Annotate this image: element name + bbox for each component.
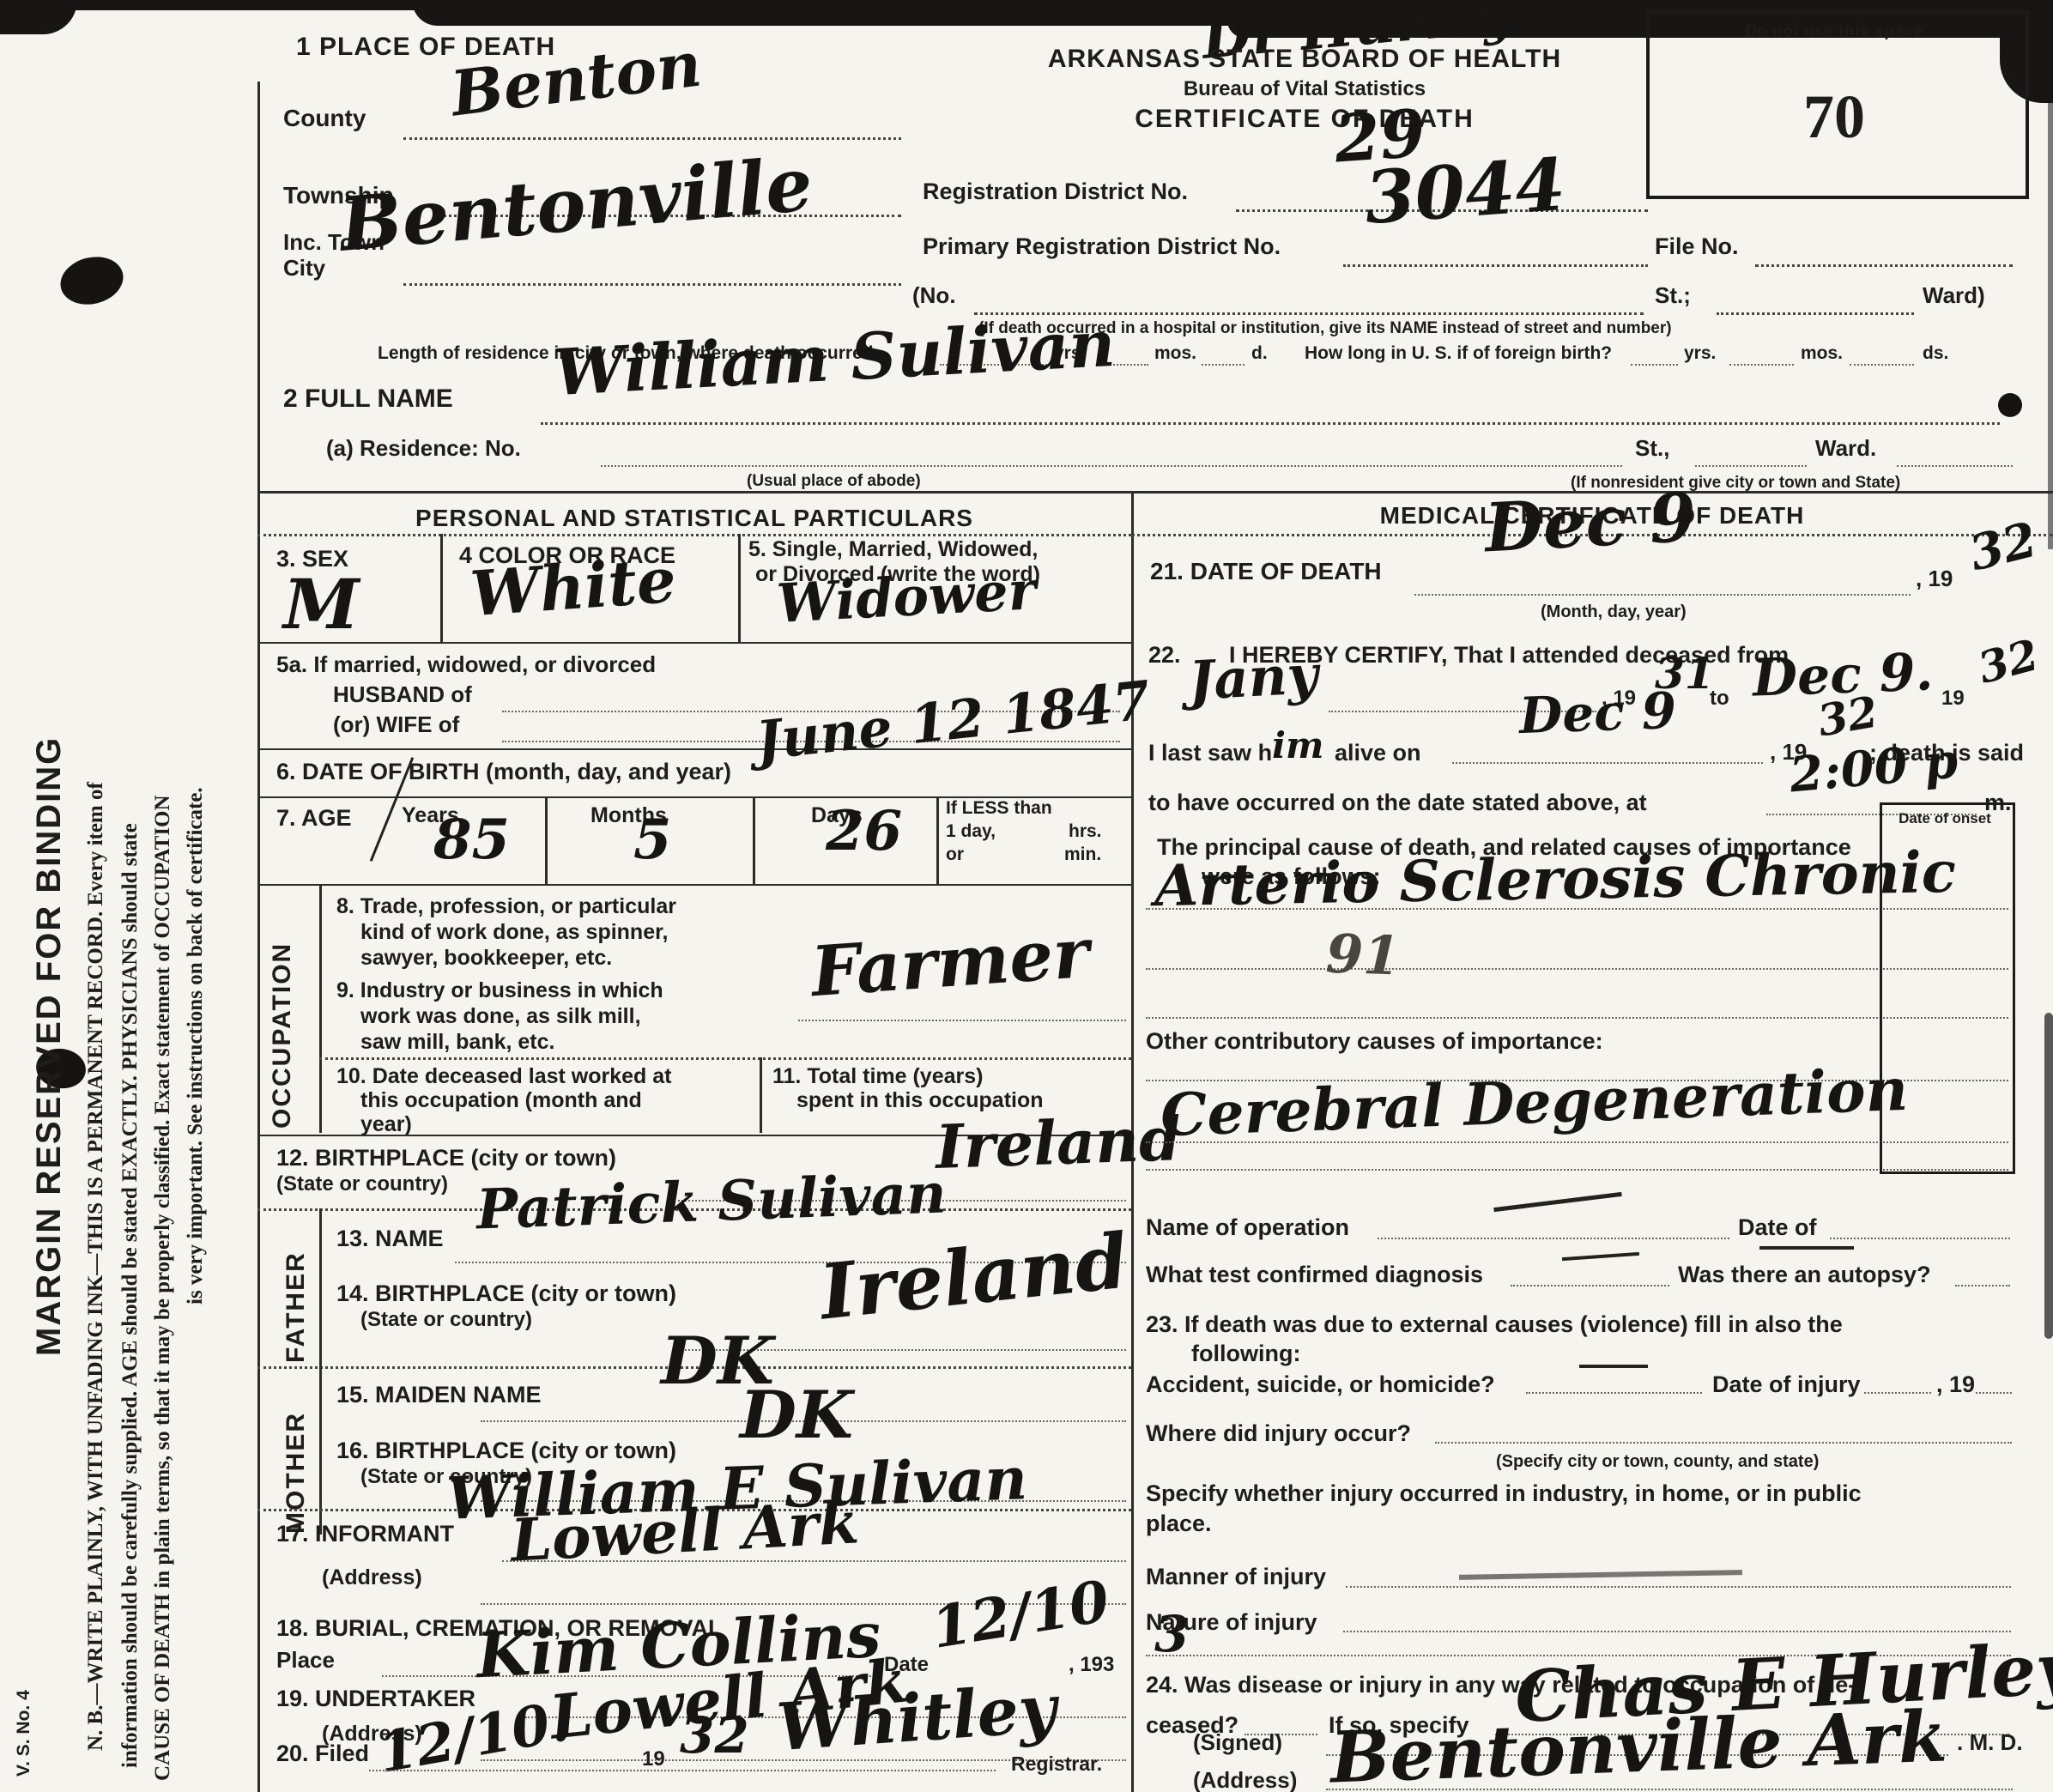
cause-code: 91: [1325, 930, 1401, 981]
residence-a-label: (a) Residence: No.: [326, 436, 521, 462]
primary-district-value: 3044: [1363, 152, 1568, 231]
alive-on-label: alive on: [1335, 740, 1421, 766]
blank-line: [601, 465, 1622, 467]
attended-from-value: Jany: [1188, 651, 1319, 705]
age-months-value: 5: [633, 815, 672, 865]
ink-blob: [1998, 393, 2022, 417]
stray-scribble: [1459, 1570, 1742, 1580]
blank-line: [1202, 364, 1245, 366]
ds-label-2: ds.: [1923, 343, 1948, 364]
form-left-border: [257, 82, 260, 1792]
or-label: or: [946, 845, 964, 865]
blank-line: [369, 1770, 996, 1771]
principal-cause-value: Arterio Sclerosis Chronic: [1154, 847, 1957, 912]
blank-line: [1326, 1789, 2013, 1790]
bureau-subtitle: Bureau of Vital Statistics: [970, 77, 1639, 101]
to-year-value: 32: [1974, 635, 2042, 687]
date-of-label: Date of: [1738, 1214, 1817, 1241]
blank-line: [1850, 364, 1914, 366]
board-title: ARKANSAS STATE BOARD OF HEALTH: [970, 45, 1639, 75]
item19-label: 19. UNDERTAKER: [276, 1686, 475, 1712]
wife-of-label: (or) WIFE of: [333, 712, 459, 738]
primary-district-label: Primary Registration District No.: [923, 233, 1281, 260]
item18-place-label: Place: [276, 1648, 335, 1674]
yrs-label-2: yrs.: [1684, 343, 1716, 364]
margin-form-number: V. S. No. 4: [14, 1656, 34, 1777]
occurred-line: to have occurred on the date stated abov…: [1148, 790, 1647, 816]
blank-line: [1729, 364, 1794, 366]
full-name-value: William Sulivan: [553, 316, 1117, 403]
if-less-line2: 1 day,: [946, 821, 996, 842]
item9-line2: work was done, as silk mill,: [360, 1004, 641, 1029]
age-label: 7. AGE: [276, 805, 352, 832]
contributory-label: Other contributory causes of importance:: [1146, 1028, 1603, 1055]
father-side-label: FATHER: [282, 1217, 312, 1363]
scan-noise: [2044, 1013, 2053, 1339]
physician-address-value: Bentonville Ark: [1329, 1705, 1948, 1790]
item12-value: Ireland: [935, 1111, 1182, 1174]
last-saw-value: Dec 9: [1518, 688, 1677, 739]
registration-district-label: Registration District No.: [923, 179, 1188, 205]
blank-line: [1343, 264, 1648, 267]
blank-line: [1955, 1285, 2010, 1286]
last-saw-pre: I last saw h: [1148, 740, 1272, 766]
physician-address-label: (Address): [1193, 1768, 1297, 1792]
blank-line: [1343, 1631, 2011, 1632]
item18-date-value: 12/10: [929, 1576, 1113, 1654]
item8-line3: sawyer, bookkeeper, etc.: [360, 946, 612, 971]
row-divider: [257, 534, 1131, 536]
item21-year-value: 32: [1965, 518, 2041, 576]
where-injury-label: Where did injury occur?: [1146, 1420, 1411, 1447]
item14-sub: (State or country): [360, 1308, 532, 1332]
item21-year-printed: , 19: [1916, 566, 1953, 592]
st-label-2: St.,: [1635, 436, 1669, 462]
month-day-year-note: (Month, day, year): [1541, 602, 1687, 622]
row-divider: [257, 642, 1131, 644]
sex-value: M: [283, 573, 360, 635]
item22-number: 22.: [1148, 642, 1181, 669]
item11-line1: 11. Total time (years): [772, 1064, 983, 1089]
item8-line1: 8. Trade, profession, or particular: [336, 894, 676, 919]
item20-label: 20. Filed: [276, 1741, 369, 1767]
specify-city-note: (Specify city or town, county, and state…: [1496, 1452, 1819, 1472]
signed-label: (Signed): [1193, 1730, 1282, 1756]
him-handwritten: im: [1272, 730, 1323, 762]
blank-line: [1830, 1238, 2010, 1239]
mos-label-1: mos.: [1154, 343, 1196, 364]
abode-note: (Usual place of abode): [747, 472, 921, 491]
cell-divider: [738, 534, 741, 642]
blank-line: [1695, 465, 1807, 467]
item20-year-printed: 19: [642, 1747, 665, 1771]
margin-nb-line1: N. B.—WRITE PLAINLY, WITH UNFADING INK—T…: [84, 103, 109, 1751]
city-value: Bentonville: [337, 151, 815, 258]
stray-dash: [1493, 1192, 1621, 1212]
md-label: . M. D.: [1957, 1730, 2023, 1756]
item12-label: 12. BIRTHPLACE (city or town): [276, 1145, 616, 1171]
street-label: St.;: [1655, 283, 1691, 309]
dob-label: 6. DATE OF BIRTH (month, day, and year): [276, 759, 731, 785]
certificate-title: CERTIFICATE OF DEATH: [970, 105, 1639, 135]
blank-line: [1976, 1392, 2012, 1394]
how-long-us-label: How long in U. S. if of foreign birth?: [1305, 343, 1612, 364]
cell-divider: [760, 1057, 762, 1133]
age-days-value: 26: [826, 807, 902, 857]
death-certificate-scan: MARGIN RESERVED FOR BINDING N. B.—WRITE …: [0, 0, 2053, 1792]
item23-line1: 23. If death was due to external causes …: [1146, 1311, 1843, 1338]
item9-line3: saw mill, bank, etc.: [360, 1030, 554, 1055]
cell-divider: [319, 884, 322, 1133]
min-label: min.: [1064, 845, 1101, 865]
marital-label-1: 5. Single, Married, Widowed,: [748, 537, 1038, 562]
blank-line: [403, 283, 901, 286]
city-label: City: [283, 256, 325, 282]
accident-label: Accident, suicide, or homicide?: [1146, 1371, 1495, 1398]
row-divider: [257, 748, 1131, 750]
row-divider: [319, 1057, 1131, 1060]
item14-value: Ireland: [817, 1226, 1131, 1326]
occupation-side-label: OCCUPATION: [268, 893, 298, 1129]
item17-address-label: (Address): [322, 1565, 422, 1590]
to-year-printed: 19: [1941, 687, 1965, 711]
scan-noise: [412, 0, 1270, 26]
margin-nb-line2: information should be carefully supplied…: [118, 94, 143, 1768]
blank-line: [1897, 465, 2013, 467]
stray-dash: [1759, 1246, 1854, 1250]
blank-line: [1717, 312, 1914, 315]
test-label: What test confirmed diagnosis: [1146, 1262, 1483, 1288]
hrs-label: hrs.: [1069, 821, 1102, 842]
margin-nb-line3: CAUSE OF DEATH in plain terms, so that i…: [151, 90, 176, 1781]
ward-label-2: Ward.: [1815, 436, 1876, 462]
stray-dash: [1579, 1365, 1648, 1368]
blank-line: [1631, 364, 1678, 366]
item14-label: 14. BIRTHPLACE (city or town): [336, 1280, 676, 1307]
item17-address-value: Lowell Ark: [510, 1497, 861, 1567]
registrar-label: Registrar.: [1011, 1753, 1102, 1775]
cell-divider: [936, 796, 939, 884]
cell-divider: [319, 1208, 322, 1366]
do-not-use-label: Do not use this space: [1646, 22, 2022, 40]
street-no-label: (No.: [912, 283, 956, 309]
item13-value: Patrick Sulivan: [475, 1169, 947, 1235]
item21-value: Dec 9: [1483, 488, 1698, 560]
husband-of-label: HUSBAND of: [333, 682, 472, 708]
dob-value: June 12 1847: [754, 676, 1152, 766]
ward-label: Ward): [1923, 283, 1985, 309]
stray-dash: [1562, 1252, 1639, 1261]
blank-line: [1346, 1586, 2011, 1588]
cell-divider: [753, 796, 755, 884]
item15-label: 15. MAIDEN NAME: [336, 1382, 542, 1408]
blank-line: [1378, 1238, 1729, 1239]
mos-label-2: mos.: [1801, 343, 1843, 364]
blank-line: [1755, 264, 2013, 267]
cell-divider: [440, 534, 443, 642]
item8-line2: kind of work done, as spinner,: [360, 920, 668, 945]
item21-label: 21. DATE OF DEATH: [1150, 558, 1382, 585]
manner-label: Manner of injury: [1146, 1564, 1326, 1590]
nature-label: Nature of injury: [1146, 1609, 1317, 1636]
to-label: to: [1710, 687, 1729, 711]
item17-label: 17. INFORMANT: [276, 1521, 454, 1547]
scan-noise: [2048, 103, 2053, 549]
item23-line2: following:: [1191, 1341, 1300, 1367]
scan-noise: [0, 0, 77, 34]
row-divider: [257, 884, 1131, 886]
time-of-death-value: 2:00 p: [1788, 740, 1959, 797]
specify-line2: place.: [1146, 1510, 1212, 1537]
operation-label: Name of operation: [1146, 1214, 1349, 1241]
d-label-1: d.: [1251, 343, 1268, 364]
file-no-label: File No.: [1655, 233, 1739, 260]
blank-line: [541, 422, 2000, 425]
blank-line: [1864, 1392, 1931, 1394]
item5a-label: 5a. If married, widowed, or divorced: [276, 652, 656, 678]
blank-line: [1526, 1392, 1702, 1394]
blank-line: [798, 1020, 1126, 1021]
item10-line3: year): [360, 1112, 412, 1137]
item13-label: 13. NAME: [336, 1226, 444, 1252]
county-label: County: [283, 105, 366, 132]
item9-line1: 9. Industry or business in which: [336, 978, 663, 1003]
item18-year-printed: , 193: [1069, 1653, 1114, 1677]
autopsy-label: Was there an autopsy?: [1678, 1262, 1931, 1288]
blank-line: [1452, 762, 1763, 764]
marital-value: Widower: [776, 566, 1038, 628]
item12-sub: (State or country): [276, 1172, 448, 1196]
margin-binding-note: MARGIN RESERVED FOR BINDING: [29, 275, 69, 1356]
blank-line: [403, 137, 901, 140]
age-years-value: 85: [433, 815, 510, 865]
item20-year-value: 32: [680, 1713, 749, 1758]
margin-nb-line4: is very important. See instructions on b…: [184, 283, 209, 1305]
item10-line2: this occupation (month and: [360, 1088, 642, 1113]
race-value: White: [469, 553, 678, 622]
last-saw-year-value: 32: [1815, 692, 1880, 740]
cell-divider: [545, 796, 548, 884]
registrar-signature: Whitley: [775, 1680, 1058, 1758]
specify-line1: Specify whether injury occurred in indus…: [1146, 1480, 1862, 1507]
full-name-label: 2 FULL NAME: [283, 384, 453, 415]
blank-line: [1414, 594, 1911, 596]
blank-line: [1511, 1285, 1669, 1286]
blank-line: [1435, 1442, 2012, 1444]
date-of-onset-label: Date of onset: [1880, 810, 2010, 827]
item16-value: DK: [740, 1386, 853, 1444]
occupation-value: Farmer: [809, 922, 1091, 1002]
personal-section-title: PERSONAL AND STATISTICAL PARTICULARS: [257, 505, 1131, 532]
certificate-number: 70: [1646, 82, 2022, 153]
date-injury-label: Date of injury: [1712, 1371, 1861, 1398]
item10-line1: 10. Date deceased last worked at: [336, 1064, 671, 1089]
if-less-line1: If LESS than: [946, 798, 1052, 819]
contributory-value: Cerebral Degeneration: [1160, 1064, 1909, 1143]
injury-19-label: , 19: [1936, 1371, 1975, 1398]
